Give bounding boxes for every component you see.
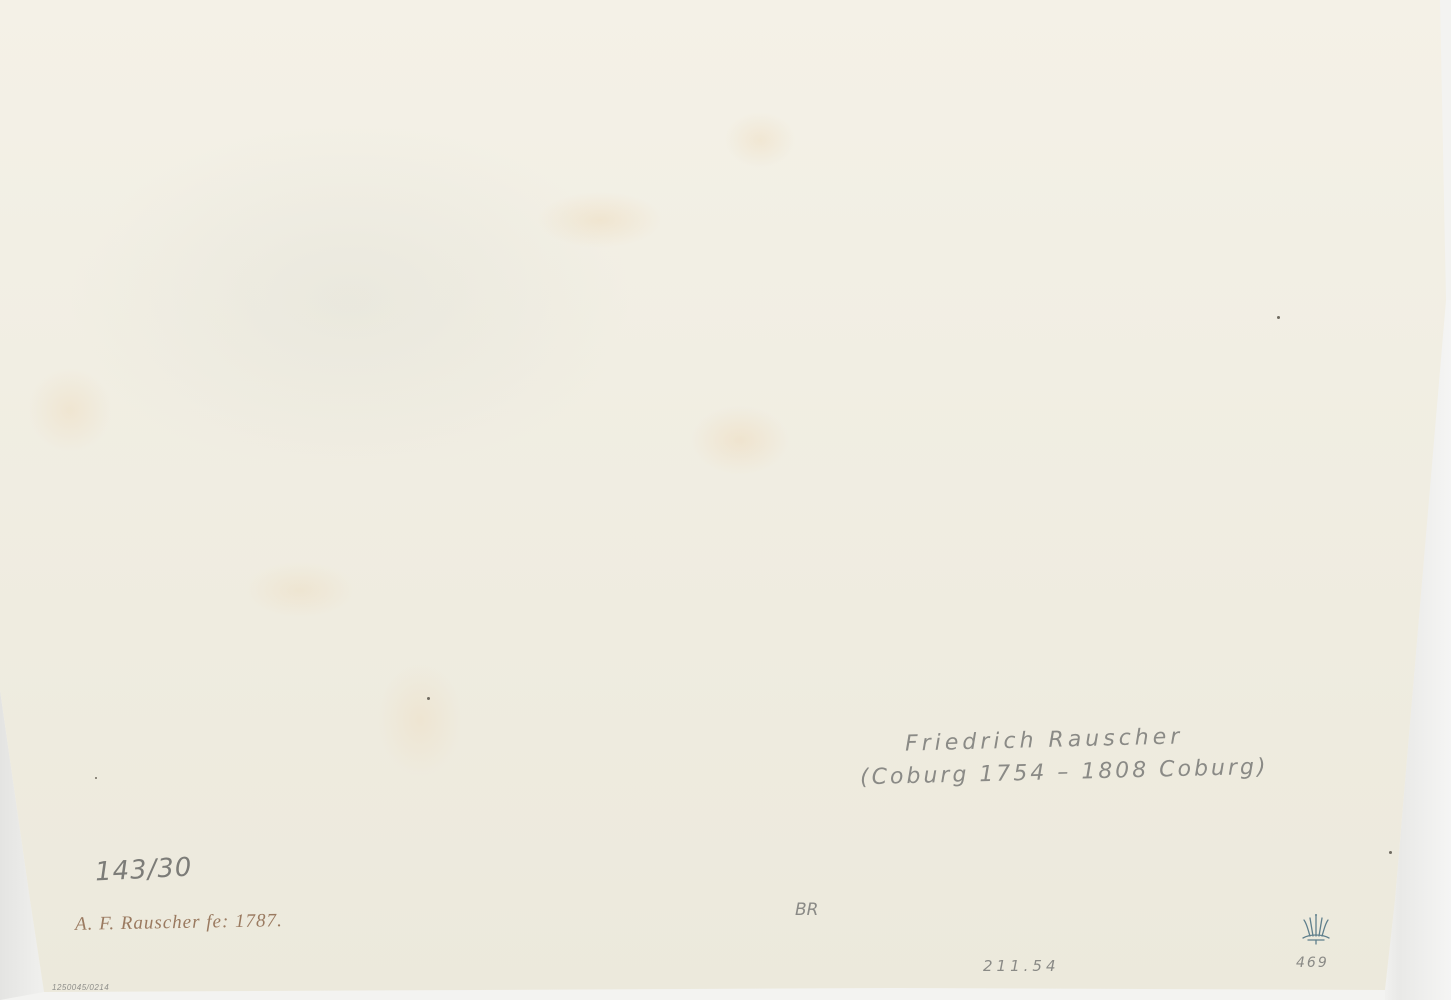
small-label: 1250045/0214 (52, 983, 109, 992)
initials-mark: BR (795, 900, 818, 920)
paper-sheet (0, 0, 1451, 1000)
scan-stage: Friedrich Rauscher (Coburg 1754 – 1808 C… (0, 0, 1451, 1000)
paper-speck (1389, 851, 1392, 854)
artist-signature: A. F. Rauscher fe: 1787. (75, 910, 283, 936)
accession-number: 211.54 (983, 957, 1060, 975)
inventory-number: 143/30 (94, 852, 193, 887)
paper-speck (1277, 316, 1280, 319)
collection-number: 469 (1296, 955, 1329, 971)
collector-stamp-crown-icon (1298, 912, 1334, 948)
paper-speck (427, 697, 430, 700)
paper-speck (95, 777, 97, 779)
